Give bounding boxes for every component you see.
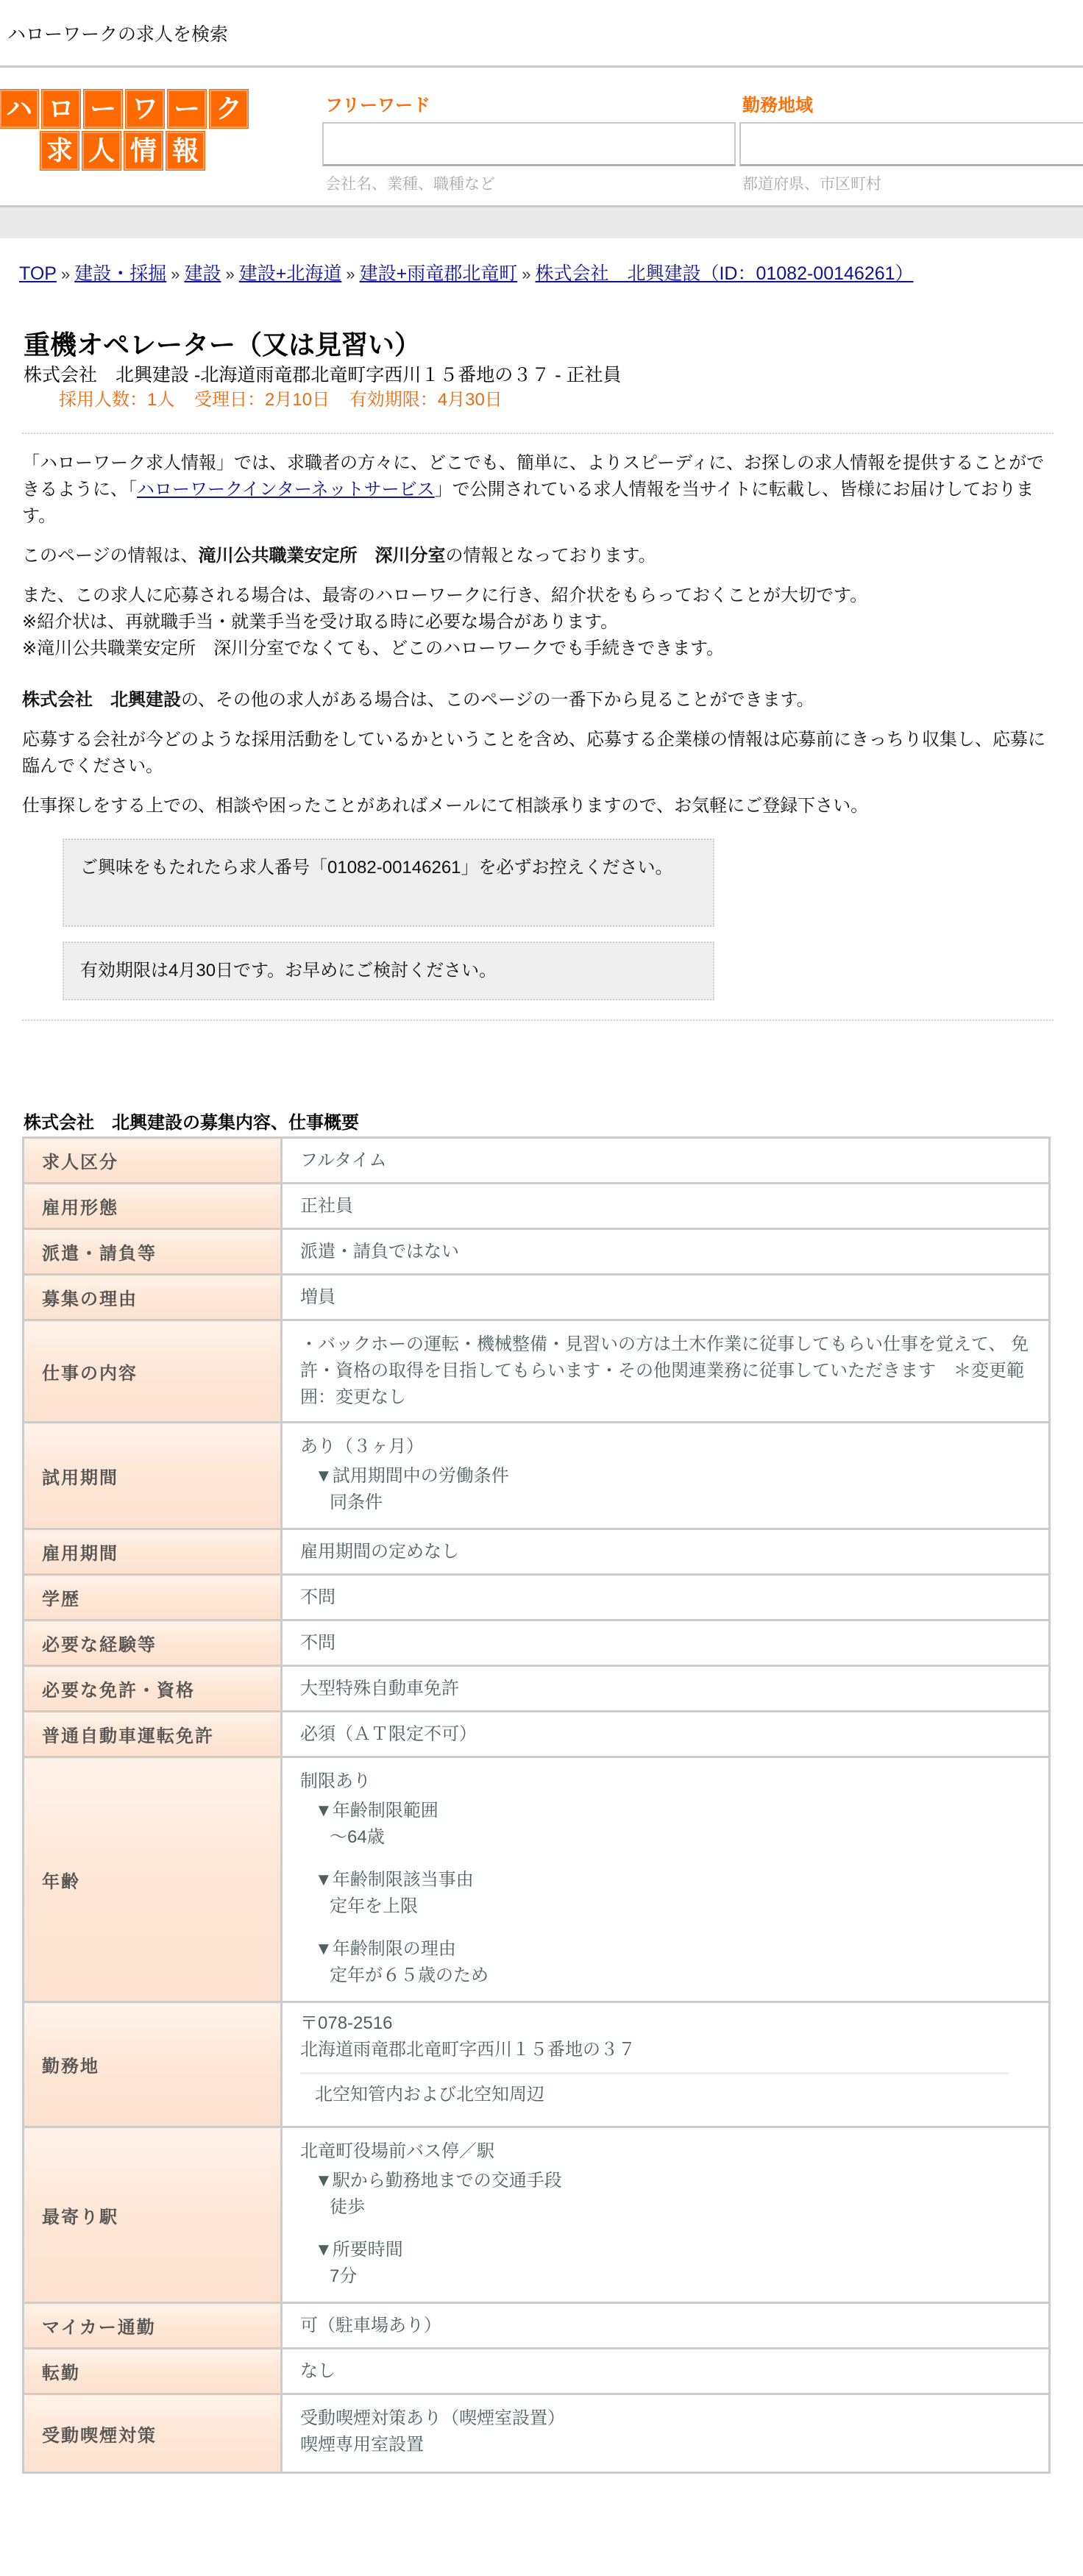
breadcrumb-construction-hokkaido[interactable]: 建設+北海道 (239, 263, 342, 284)
nearest-station: 北竜町役場前バス停／駅 (300, 2138, 1031, 2165)
intro-text: ※紹介状は、再就職手当・就業手当を受け取る時に必要な場合があります。 (22, 612, 618, 632)
table-row: 転勤 なし (24, 2349, 1050, 2394)
row-label: 必要な免許・資格 (24, 1666, 282, 1712)
intro-paragraph: 「ハローワーク求人情報」では、求職者の方々に、どこでも、簡単に、よりスピーディに… (22, 450, 1054, 530)
row-label: 転勤 (24, 2349, 282, 2394)
area-label: 勤務地域 (739, 90, 1083, 122)
job-title: 重機オペレーター（又は見習い） (22, 327, 1054, 363)
table-row: 受動喫煙対策 受動喫煙対策あり（喫煙室設置） 喫煙専用室設置 (24, 2394, 1050, 2473)
breadcrumb-separator: » (225, 265, 234, 283)
row-value: 正社員 (282, 1184, 1050, 1229)
table-row: 必要な経験等 不問 (24, 1620, 1050, 1666)
job-subtitle: 株式会社 北興建設 -北海道雨竜郡北竜町字西川１５番地の３７ - 正社員 (22, 363, 1054, 387)
area-input[interactable] (739, 122, 1083, 166)
table-row: マイカー通勤 可（駐車場あり） (24, 2303, 1050, 2349)
intro-text: ※滝川公共職業安定所 深川分室でなくても、どこのハローワークでも手続きできます。 (22, 638, 724, 658)
smoking-room: 喫煙専用室設置 (300, 2432, 1031, 2458)
row-label: マイカー通勤 (24, 2303, 282, 2349)
row-label: 仕事の内容 (24, 1320, 282, 1423)
area-search: 勤務地域 都道府県、市区町村 (739, 90, 1083, 194)
row-label: 普通自動車運転免許 (24, 1712, 282, 1757)
row-label: 雇用形態 (24, 1184, 282, 1229)
source-paragraph: このページの情報は、滝川公共職業安定所 深川分室の情報となっております。 (22, 543, 1054, 569)
trial-conditions-value: 同条件 (300, 1490, 1031, 1516)
breadcrumb-top[interactable]: TOP (19, 263, 57, 284)
work-area-note: 北空知管内および北空知周辺 (300, 2082, 1031, 2126)
intro-section: 「ハローワーク求人情報」では、求職者の方々に、どこでも、簡単に、よりスピーディに… (22, 434, 1054, 819)
age-limit-value: 制限あり (300, 1768, 1031, 1795)
job-header: 重機オペレーター（又は見習い） 株式会社 北興建設 -北海道雨竜郡北竜町字西川１… (22, 305, 1054, 434)
job-number-notice: ご興味をもたれたら求人番号「01082-00146261」を必ずお控えください。 (63, 839, 714, 927)
gray-band (0, 205, 1083, 238)
row-value: 不問 (282, 1575, 1050, 1620)
top-bar: ハローワークの求人を検索 (0, 0, 1083, 68)
job-spec-table: 求人区分 フルタイム 雇用形態 正社員 派遣・請負等 派遣・請負ではない 募集の… (22, 1136, 1051, 2474)
postal-code: 〒078-2516 (300, 2010, 1031, 2037)
intro-text: の情報となっております。 (446, 546, 656, 566)
row-value: 受動喫煙対策あり（喫煙室設置） 喫煙専用室設置 (282, 2394, 1050, 2473)
table-row: 仕事の内容 ・バックホーの運転・機械整備・見習いの方は土木作業に従事してもらい仕… (24, 1320, 1050, 1423)
inner-divider (300, 2072, 1009, 2074)
breadcrumb-separator: » (346, 265, 355, 283)
table-row: 年齢 制限あり ▼年齢制限範囲 ～64歳 ▼年齢制限該当事由 定年を上限 ▼年齢… (24, 1757, 1050, 2002)
breadcrumb-construction[interactable]: 建設 (184, 263, 221, 284)
row-label: 求人区分 (24, 1138, 282, 1184)
main-content: 重機オペレーター（又は見習い） 株式会社 北興建設 -北海道雨竜郡北竜町字西川１… (0, 305, 1083, 2518)
hellowork-internet-service-link[interactable]: ハローワークインターネットサービス (137, 480, 435, 499)
row-label: 募集の理由 (24, 1275, 282, 1320)
logo-tile: 求 (40, 132, 79, 170)
row-label: 派遣・請負等 (24, 1229, 282, 1275)
consult-paragraph: 仕事探しをする上での、相談や困ったことがあればメールにて相談承りますので、お気軽… (22, 793, 1054, 819)
table-row: 求人区分 フルタイム (24, 1138, 1050, 1184)
row-value: あり（３ヶ月） ▼試用期間中の労働条件 同条件 (282, 1423, 1050, 1529)
office-name: 滝川公共職業安定所 深川分室 (199, 546, 446, 566)
referral-paragraph: また、この求人に応募される場合は、最寄のハローワークに行き、紹介状をもらっておく… (22, 583, 1054, 662)
trial-conditions-heading: ▼試用期間中の労働条件 (300, 1463, 1031, 1490)
hires-count: 採用人数：1人 (59, 390, 174, 410)
row-label: 学歴 (24, 1575, 282, 1620)
job-meta: 採用人数：1人 受理日：2月10日 有効期限：4月30日 (22, 387, 1054, 413)
intro-text: また、この求人に応募される場合は、最寄のハローワークに行き、紹介状をもらっておく… (22, 586, 867, 605)
expiry-date: 有効期限：4月30日 (349, 390, 503, 410)
area-hint: 都道府県、市区町村 (739, 172, 1083, 194)
age-reason-category-heading: ▼年齢制限該当事由 (300, 1867, 1031, 1893)
table-row: 試用期間 あり（３ヶ月） ▼試用期間中の労働条件 同条件 (24, 1423, 1050, 1529)
age-reason-category-value: 定年を上限 (300, 1893, 1031, 1920)
table-row: 勤務地 〒078-2516 北海道雨竜郡北竜町字西川１５番地の３７ 北空知管内お… (24, 2002, 1050, 2127)
table-row: 必要な免許・資格 大型特殊自動車免許 (24, 1666, 1050, 1712)
received-date: 受理日：2月10日 (194, 390, 330, 410)
breadcrumb-construction-town[interactable]: 建設+雨竜郡北竜町 (360, 263, 518, 284)
logo-tile: 報 (166, 132, 205, 170)
logo-tile: 情 (124, 132, 163, 170)
advice-paragraph: 応募する会社が今どのような採用活動をしているかということを含め、応募する企業様の… (22, 727, 1054, 780)
row-label: 雇用期間 (24, 1529, 282, 1575)
logo-tile: ク (210, 90, 248, 128)
row-value: 必須（ＡＴ限定不可） (282, 1712, 1050, 1757)
freeword-hint: 会社名、業種、職種など (322, 172, 736, 194)
row-label: 受動喫煙対策 (24, 2394, 282, 2473)
breadcrumb-separator: » (171, 265, 180, 283)
row-value: なし (282, 2349, 1050, 2394)
table-row: 派遣・請負等 派遣・請負ではない (24, 1229, 1050, 1275)
logo-tile: ロ (42, 90, 80, 128)
freeword-search: フリーワード 会社名、業種、職種など (322, 90, 736, 194)
section-divider (22, 1020, 1054, 1021)
table-row: 最寄り駅 北竜町役場前バス停／駅 ▼駅から勤務地までの交通手段 徒歩 ▼所要時間… (24, 2127, 1050, 2303)
breadcrumb: TOP»建設・採掘»建設»建設+北海道»建設+雨竜郡北竜町»株式会社 北興建設（… (0, 238, 1083, 305)
logo-tile: 人 (82, 132, 121, 170)
logo-tile: ー (84, 90, 122, 128)
breadcrumb-separator: » (61, 265, 70, 283)
logo-tile: ハ (0, 90, 38, 128)
company-name: 株式会社 北興建設 (22, 690, 181, 710)
breadcrumb-company[interactable]: 株式会社 北興建設（ID：01082-00146261） (535, 263, 913, 284)
row-value: 可（駐車場あり） (282, 2303, 1050, 2349)
breadcrumb-separator: » (522, 265, 530, 283)
freeword-input[interactable] (322, 122, 736, 166)
row-value: フルタイム (282, 1138, 1050, 1184)
table-row: 学歴 不問 (24, 1575, 1050, 1620)
row-value: 雇用期間の定めなし (282, 1529, 1050, 1575)
hellowork-logo[interactable]: ハ ロ ー ワ ー ク 求 人 情 報 (0, 90, 258, 170)
row-value: 北竜町役場前バス停／駅 ▼駅から勤務地までの交通手段 徒歩 ▼所要時間 7分 (282, 2127, 1050, 2303)
table-row: 雇用期間 雇用期間の定めなし (24, 1529, 1050, 1575)
table-row: 雇用形態 正社員 (24, 1184, 1050, 1229)
intro-text: このページの情報は、 (22, 546, 199, 566)
row-value: 制限あり ▼年齢制限範囲 ～64歳 ▼年齢制限該当事由 定年を上限 ▼年齢制限の… (282, 1757, 1050, 2002)
age-range-heading: ▼年齢制限範囲 (300, 1798, 1031, 1824)
row-value: 派遣・請負ではない (282, 1229, 1050, 1275)
expiry-notice: 有効期限は4月30日です。お早めにご検討ください。 (63, 942, 714, 1000)
logo-tile: ワ (126, 90, 164, 128)
other-jobs-paragraph: 株式会社 北興建設の、その他の求人がある場合は、このページの一番下から見ることが… (22, 687, 1054, 714)
access-method-value: 徒歩 (300, 2194, 1031, 2221)
age-range-value: ～64歳 (300, 1824, 1031, 1851)
spec-section-title: 株式会社 北興建設の募集内容、仕事概要 (22, 1108, 1054, 1134)
breadcrumb-construction-mining[interactable]: 建設・採掘 (74, 263, 166, 284)
row-label: 試用期間 (24, 1423, 282, 1529)
trial-period-value: あり（３ヶ月） (300, 1434, 1031, 1460)
header: ハ ロ ー ワ ー ク 求 人 情 報 フリーワード 会社名、業種、職種など 勤… (0, 68, 1083, 205)
row-label: 最寄り駅 (24, 2127, 282, 2303)
age-reason-value: 定年が６５歳のため (300, 1963, 1031, 1989)
travel-time-value: 7分 (300, 2263, 1031, 2290)
age-reason-heading: ▼年齢制限の理由 (300, 1936, 1031, 1963)
row-label: 年齢 (24, 1757, 282, 2002)
row-value: 〒078-2516 北海道雨竜郡北竜町字西川１５番地の３７ 北空知管内および北空… (282, 2002, 1050, 2127)
table-row: 募集の理由 増員 (24, 1275, 1050, 1320)
intro-text: の、その他の求人がある場合は、このページの一番下から見ることができます。 (181, 690, 814, 710)
site-title: ハローワークの求人を検索 (7, 20, 228, 46)
travel-time-heading: ▼所要時間 (300, 2237, 1031, 2263)
row-value: 増員 (282, 1275, 1050, 1320)
work-address: 北海道雨竜郡北竜町字西川１５番地の３７ (300, 2037, 1031, 2063)
smoking-policy: 受動喫煙対策あり（喫煙室設置） (300, 2405, 1031, 2432)
row-label: 勤務地 (24, 2002, 282, 2127)
logo-tile: ー (168, 90, 206, 128)
access-method-heading: ▼駅から勤務地までの交通手段 (300, 2168, 1031, 2194)
row-value: 大型特殊自動車免許 (282, 1666, 1050, 1712)
row-label: 必要な経験等 (24, 1620, 282, 1666)
table-row: 普通自動車運転免許 必須（ＡＴ限定不可） (24, 1712, 1050, 1757)
row-value: ・バックホーの運転・機械整備・見習いの方は土木作業に従事してもらい仕事を覚えて、… (282, 1320, 1050, 1423)
row-value: 不問 (282, 1620, 1050, 1666)
freeword-label: フリーワード (322, 90, 736, 122)
